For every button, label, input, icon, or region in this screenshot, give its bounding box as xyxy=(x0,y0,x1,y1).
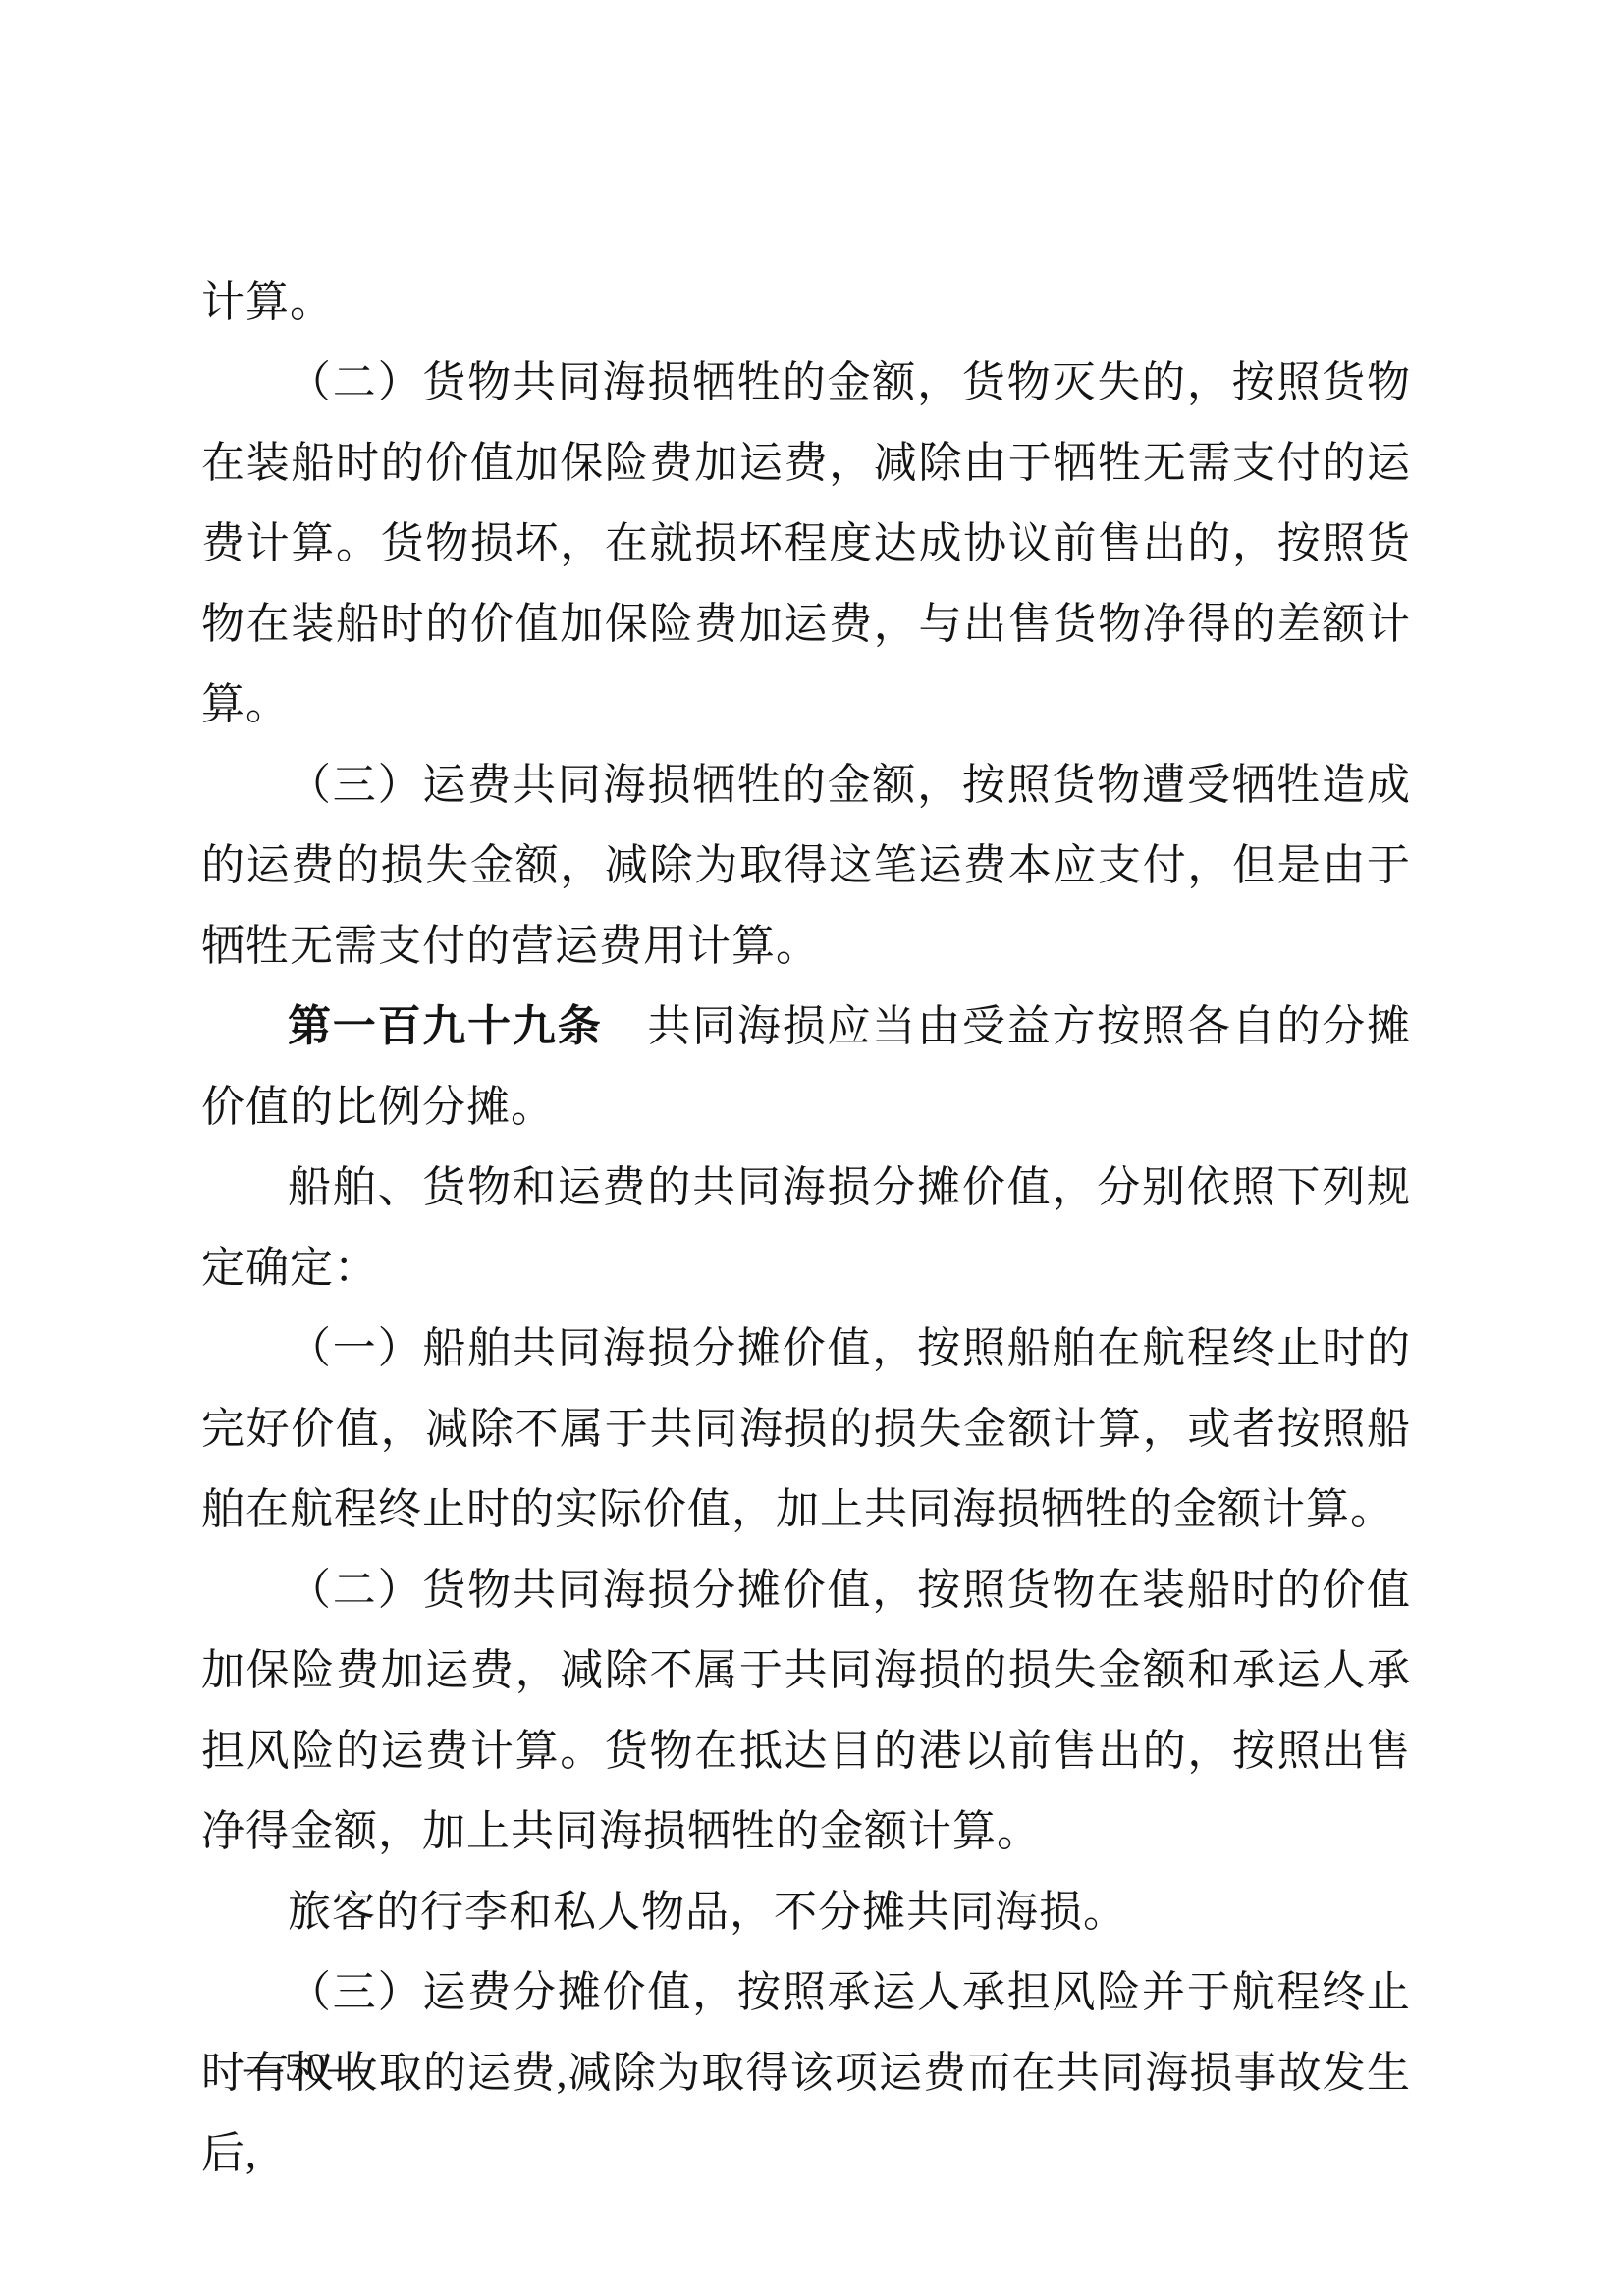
page-number: —50— xyxy=(244,2048,369,2087)
paragraph-continuation: 计算。 xyxy=(201,262,1411,343)
paragraph-article-199: 第一百九十九条 共同海损应当由受益方按照各自的分摊价值的比例分摊。 xyxy=(201,987,1411,1148)
article-separator xyxy=(603,1002,648,1050)
document-body: 计算。 （二）货物共同海损牺牲的金额，货物灭失的，按照货物在装船时的价值加保险费… xyxy=(201,262,1411,2194)
paragraph-item-1-ship-value: （一）船舶共同海损分摊价值，按照船舶在航程终止时的完好价值，减除不属于共同海损的… xyxy=(201,1308,1411,1550)
paragraph-passenger-luggage: 旅客的行李和私人物品，不分摊共同海损。 xyxy=(201,1872,1411,1952)
paragraph-item-2-cargo-value: （二）货物共同海损分摊价值，按照货物在装船时的价值加保险费加运费，减除不属于共同… xyxy=(201,1550,1411,1872)
paragraph-item-3-sacrifice-freight: （三）运费共同海损牺牲的金额，按照货物遭受牺牲造成的运费的损失金额，减除为取得这… xyxy=(201,745,1411,987)
paragraph-contribution-intro: 船舶、货物和运费的共同海损分摊价值，分别依照下列规定确定： xyxy=(201,1148,1411,1308)
article-number: 第一百九十九条 xyxy=(288,1002,603,1050)
paragraph-item-3-freight-value: （三）运费分摊价值，按照承运人承担风险并于航程终止时有权收取的运费,减除为取得该… xyxy=(201,1952,1411,2194)
paragraph-item-2-sacrifice-cargo: （二）货物共同海损牺牲的金额，货物灭失的，按照货物在装船时的价值加保险费加运费，… xyxy=(201,343,1411,745)
document-page: 计算。 （二）货物共同海损牺牲的金额，货物灭失的，按照货物在装船时的价值加保险费… xyxy=(0,0,1624,2296)
